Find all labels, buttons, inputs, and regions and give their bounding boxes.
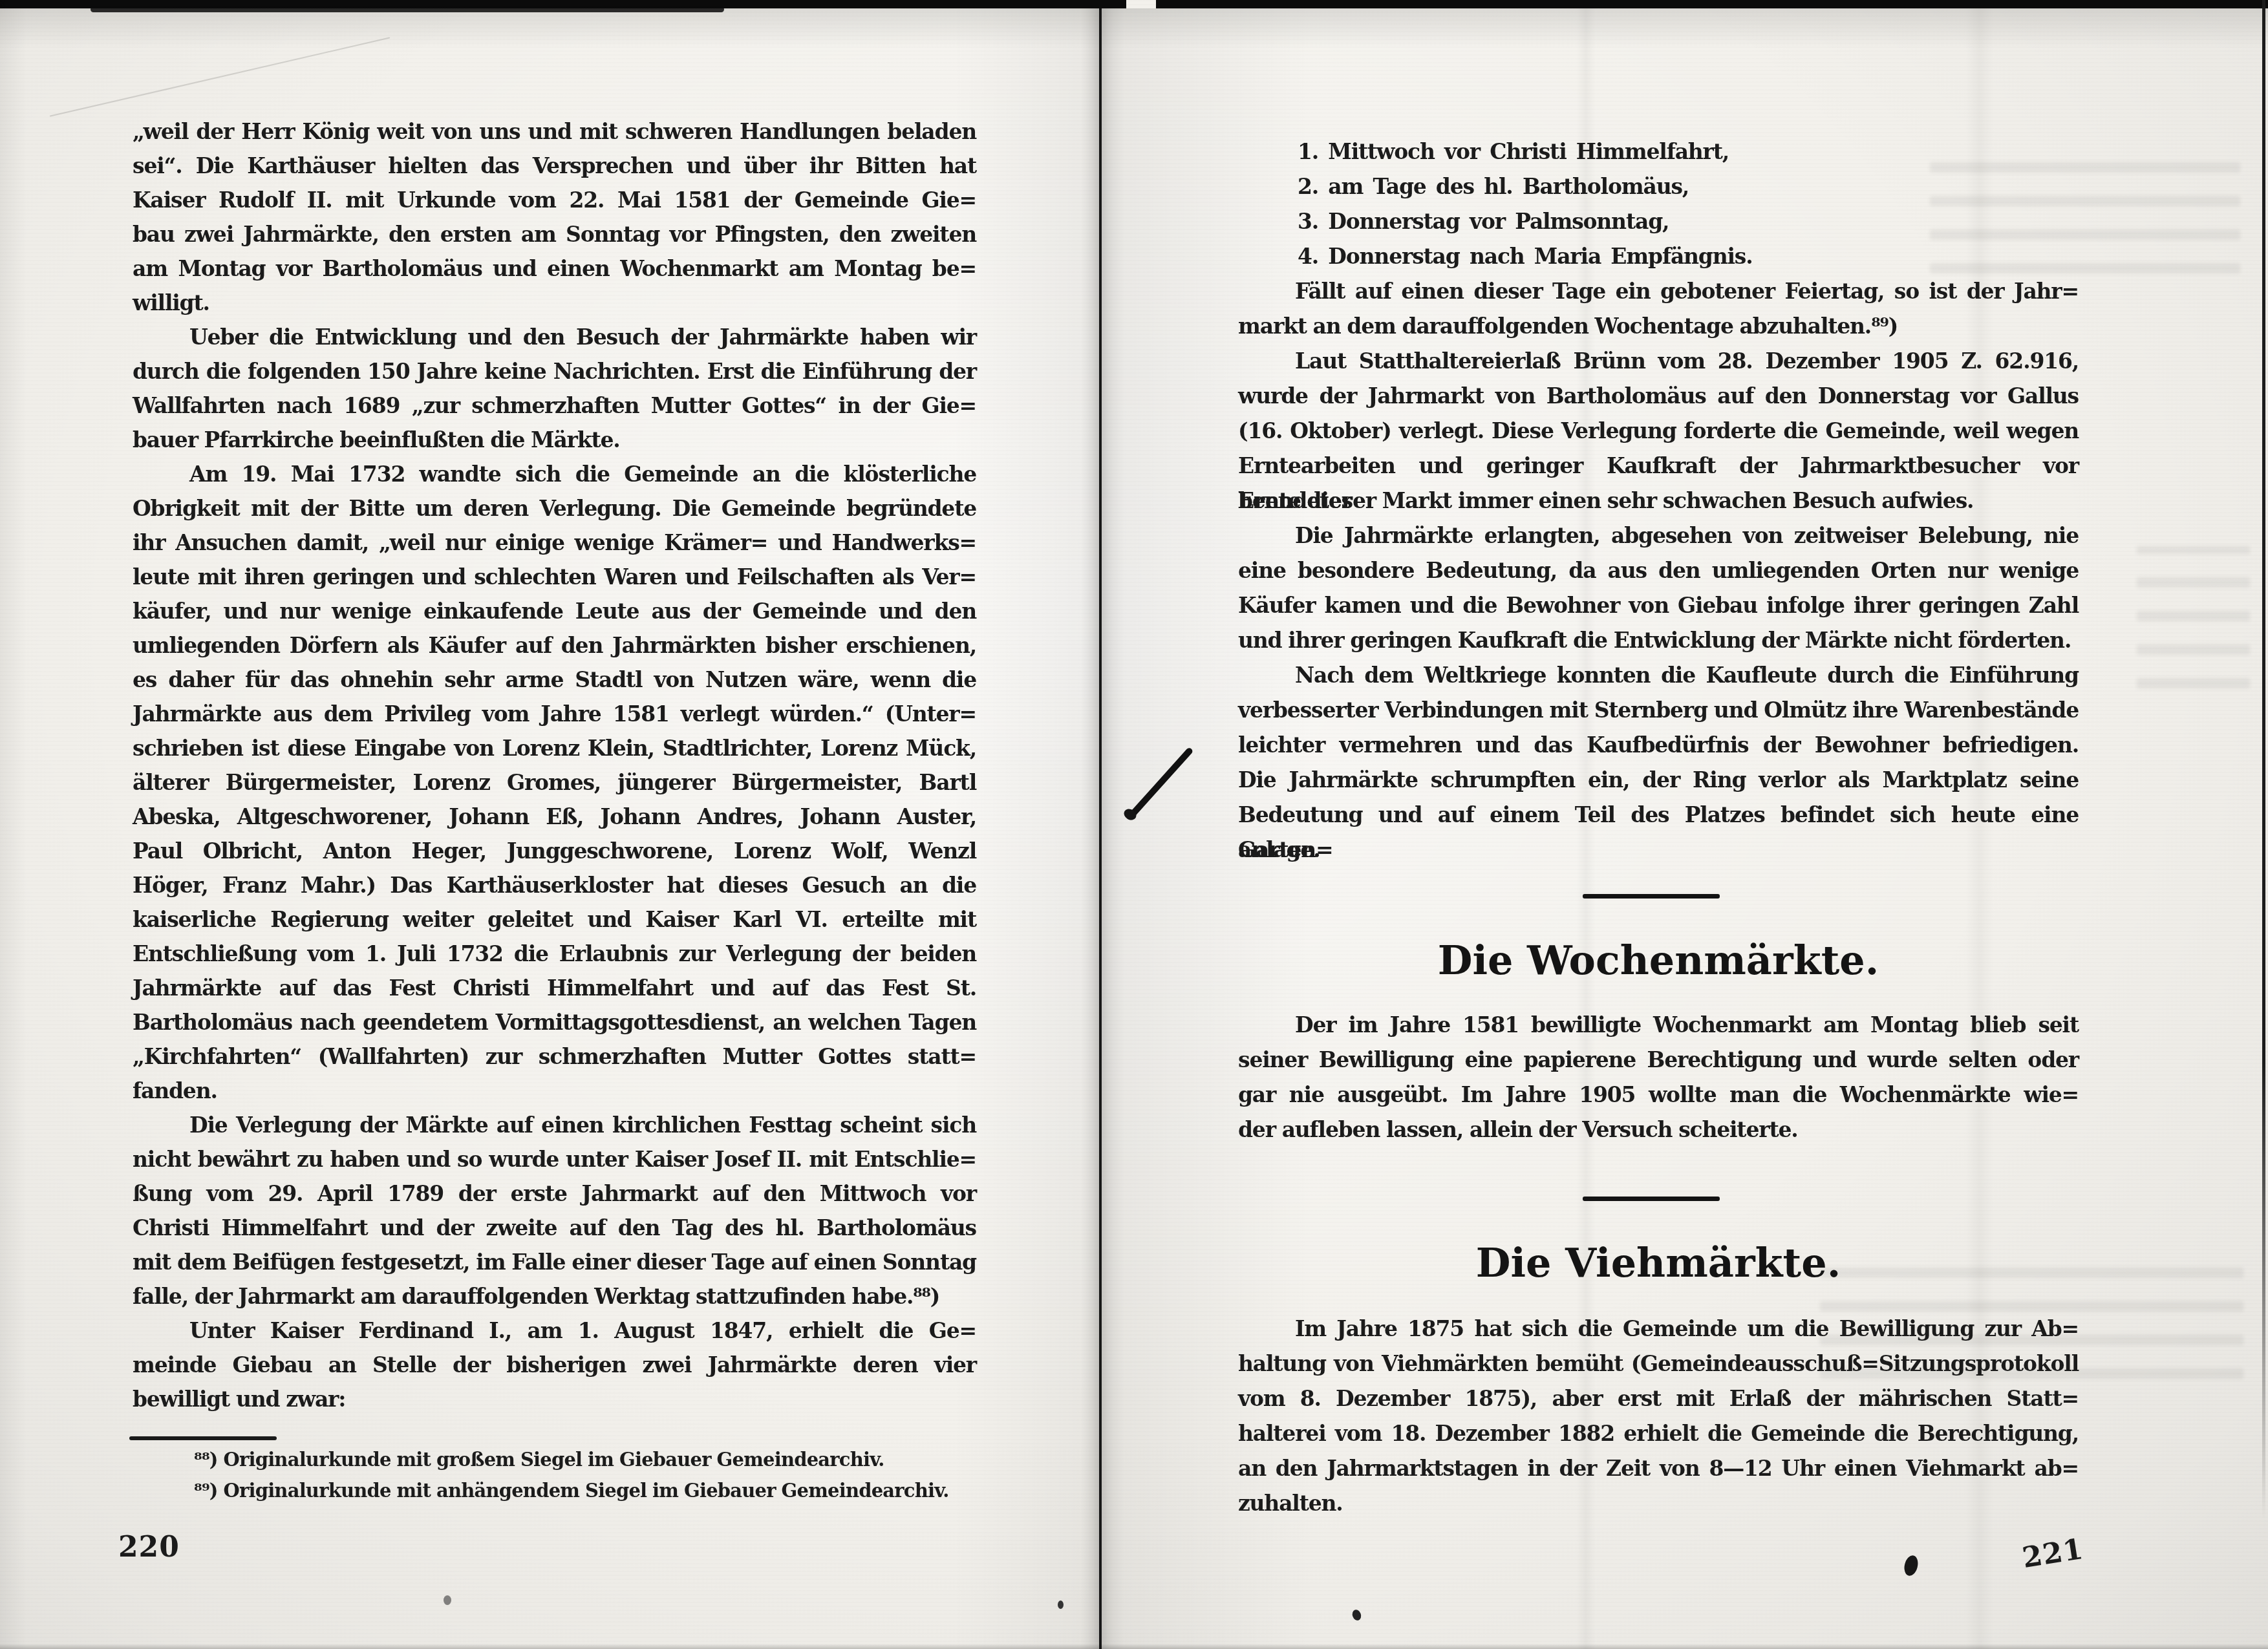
ink-speck [1058, 1601, 1064, 1609]
text-line: schrieben ist diese Eingabe von Lorenz K… [133, 731, 976, 765]
scan-edge-right [2262, 0, 2265, 1519]
text-line: bauer Pfarrkirche beeinflußten die Märkt… [133, 423, 976, 457]
text-line: Entschließung vom 1. Juli 1732 die Erlau… [133, 937, 976, 971]
text-line: am Montag vor Bartholomäus und einen Woc… [133, 251, 976, 286]
text-line: nicht bewährt zu haben und so wurde unte… [133, 1142, 976, 1176]
text-line: es daher für das ohnehin sehr arme Stadt… [133, 663, 976, 697]
text-line: haltung von Viehmärkten bemüht (Gemeinde… [1238, 1346, 2079, 1381]
list-item: 1. Mittwoch vor Christi Himmelfahrt, [1238, 134, 2079, 169]
text-line: Ueber die Entwicklung und den Besuch der… [133, 320, 976, 354]
section-divider-rule [1583, 894, 1720, 899]
ink-speck [1351, 1608, 1362, 1621]
text-line: Jahrmärkte auf das Fest Christi Himmelfa… [133, 971, 976, 1005]
text-line: falle, der Jahrmarkt am darauffolgenden … [133, 1279, 976, 1314]
text-line: markt an dem darauffolgenden Wochentage … [1238, 309, 2079, 344]
section-heading-wochenmaerkte: Die Wochenmärkte. [1238, 935, 2079, 986]
text-line: eine besondere Bedeutung, da aus den uml… [1238, 553, 2079, 588]
text-line: Jahrmärkte aus dem Privileg vom Jahre 15… [133, 697, 976, 731]
text-line: an den Jahrmarktstagen in der Zeit von 8… [1238, 1451, 2079, 1486]
ink-speck [444, 1595, 451, 1605]
text-line: mit dem Beifügen festgesetzt, im Falle e… [133, 1245, 976, 1279]
text-line: älterer Bürgermeister, Lorenz Gromes, jü… [133, 765, 976, 800]
text-line: „Kirchfahrten“ (Wallfahrten) zur schmerz… [133, 1039, 976, 1074]
list-item: 4. Donnerstag nach Maria Empfängnis. [1238, 239, 2079, 274]
viehmaerkte-paragraph: Im Jahre 1875 hat sich die Gemeinde um d… [1238, 1312, 2079, 1521]
text-line: leichter vermehren und das Kaufbedürfnis… [1238, 728, 2079, 763]
footnotes: ⁸⁸) Originalurkunde mit großem Siegel im… [133, 1444, 979, 1506]
text-line: Ernte dieser Markt immer einen sehr schw… [1238, 484, 2079, 518]
text-line: Erntearbeiten und geringer Kaufkraft der… [1238, 449, 2079, 484]
text-line: Fällt auf einen dieser Tage ein gebotene… [1238, 274, 2079, 309]
page-number-right: 221 [2020, 1533, 2086, 1575]
text-line: Die Jahrmärkte schrumpften ein, der Ring… [1238, 763, 2079, 798]
text-line: ihr Ansuchen damit, „weil nur einige wen… [133, 526, 976, 560]
section-heading-viehmaerkte: Die Viehmärkte. [1238, 1237, 2079, 1289]
text-line: Käufer kamen und die Bewohner von Giebau… [1238, 588, 2079, 623]
section-divider-rule [1583, 1197, 1720, 1201]
list-item: 2. am Tage des hl. Bartholomäus, [1238, 169, 2079, 204]
text-line: kaiserliche Regierung weiter geleitet un… [133, 902, 976, 937]
scan-edge-top-shadow [0, 8, 2268, 48]
right-page-text: 1. Mittwoch vor Christi Himmelfahrt, 2. … [1238, 134, 2079, 867]
footnote: ⁸⁸) Originalurkunde mit großem Siegel im… [133, 1444, 979, 1475]
text-line: Die Jahrmärkte erlangten, abgesehen von … [1238, 518, 2079, 553]
text-line: bau zwei Jahrmärkte, den ersten am Sonnt… [133, 217, 976, 251]
text-line: „weil der Herr König weit von uns und mi… [133, 114, 976, 149]
text-line: Der im Jahre 1581 bewilligte Wochenmarkt… [1238, 1008, 2079, 1043]
page-number-left: 220 [118, 1531, 180, 1564]
scan-edge-top-notch [1126, 0, 1156, 8]
wochenmaerkte-paragraph: Der im Jahre 1581 bewilligte Wochenmarkt… [1238, 1008, 2079, 1147]
list-item: 3. Donnerstag vor Palmsonntag, [1238, 204, 2079, 239]
book-scan-spread: „weil der Herr König weit von uns und mi… [0, 0, 2268, 1649]
text-line: verbesserter Verbindungen mit Sternberg … [1238, 693, 2079, 728]
text-line: Laut Statthaltereierlaß Brünn vom 28. De… [1238, 344, 2079, 379]
text-line: Die Verlegung der Märkte auf einen kirch… [133, 1108, 976, 1142]
text-line: Unter Kaiser Ferdinand I., am 1. August … [133, 1314, 976, 1348]
ink-speck [1902, 1554, 1920, 1577]
text-line: Am 19. Mai 1732 wandte sich die Gemeinde… [133, 457, 976, 491]
scan-edge-left [0, 0, 27, 1649]
text-line: käufer, und nur wenige einkaufende Leute… [133, 594, 976, 628]
text-line: durch die folgenden 150 Jahre keine Nach… [133, 354, 976, 388]
text-line: Christi Himmelfahrt und der zweite auf d… [133, 1211, 976, 1245]
text-line: Paul Olbricht, Anton Heger, Junggeschwor… [133, 834, 976, 868]
text-line: der aufleben lassen, allein der Versuch … [1238, 1112, 2079, 1147]
text-line: ßung vom 29. April 1789 der erste Jahrma… [133, 1176, 976, 1211]
text-line: Nach dem Weltkriege konnten die Kaufleut… [1238, 658, 2079, 693]
bleedthrough-ghost [2137, 546, 2250, 688]
text-line: gar nie ausgeübt. Im Jahre 1905 wollte m… [1238, 1078, 2079, 1112]
text-line: Im Jahre 1875 hat sich die Gemeinde um d… [1238, 1312, 2079, 1346]
footnote-rule [129, 1436, 277, 1440]
text-line: bewilligt und zwar: [133, 1382, 976, 1416]
text-line: fanden. [133, 1074, 976, 1108]
text-line: vom 8. Dezember 1875), aber erst mit Erl… [1238, 1381, 2079, 1416]
text-line: (16. Oktober) verlegt. Diese Verlegung f… [1238, 414, 2079, 449]
text-line: anlage. [1238, 833, 2079, 867]
text-line: Abeska, Altgeschworener, Johann Eß, Joha… [133, 800, 976, 834]
text-line: und ihrer geringen Kaufkraft die Entwick… [1238, 623, 2079, 658]
text-line: zuhalten. [1238, 1486, 2079, 1521]
text-line: seiner Bewilligung eine papierene Berech… [1238, 1043, 2079, 1078]
text-line: Wallfahrten nach 1689 „zur schmerzhaften… [133, 388, 976, 423]
footnote: ⁸⁹) Originalurkunde mit anhängendem Sieg… [133, 1475, 979, 1506]
text-line: leute mit ihren geringen und schlechten … [133, 560, 976, 594]
text-line: wurde der Jahrmarkt von Bartholomäus auf… [1238, 379, 2079, 414]
text-line: sei“. Die Karthäuser hielten das Verspre… [133, 149, 976, 183]
text-line: halterei vom 18. Dezember 1882 erhielt d… [1238, 1416, 2079, 1451]
text-line: umliegenden Dörfern als Käufer auf den J… [133, 628, 976, 663]
gutter-line [1099, 5, 1102, 1649]
text-line: Höger, Franz Mahr.) Das Karthäuserkloste… [133, 868, 976, 902]
text-line: Obrigkeit mit der Bitte um deren Verlegu… [133, 491, 976, 526]
scan-edge-bottom [0, 1644, 2268, 1649]
text-line: Bartholomäus nach geendetem Vormittagsgo… [133, 1005, 976, 1039]
text-line: Bedeutung und auf einem Teil des Platzes… [1238, 798, 2079, 833]
paper-crease [50, 37, 390, 116]
left-page-text: „weil der Herr König weit von uns und mi… [133, 114, 976, 1416]
text-line: willigt. [133, 286, 976, 320]
text-line: Kaiser Rudolf II. mit Urkunde vom 22. Ma… [133, 183, 976, 217]
text-line: meinde Giebau an Stelle der bisherigen z… [133, 1348, 976, 1382]
